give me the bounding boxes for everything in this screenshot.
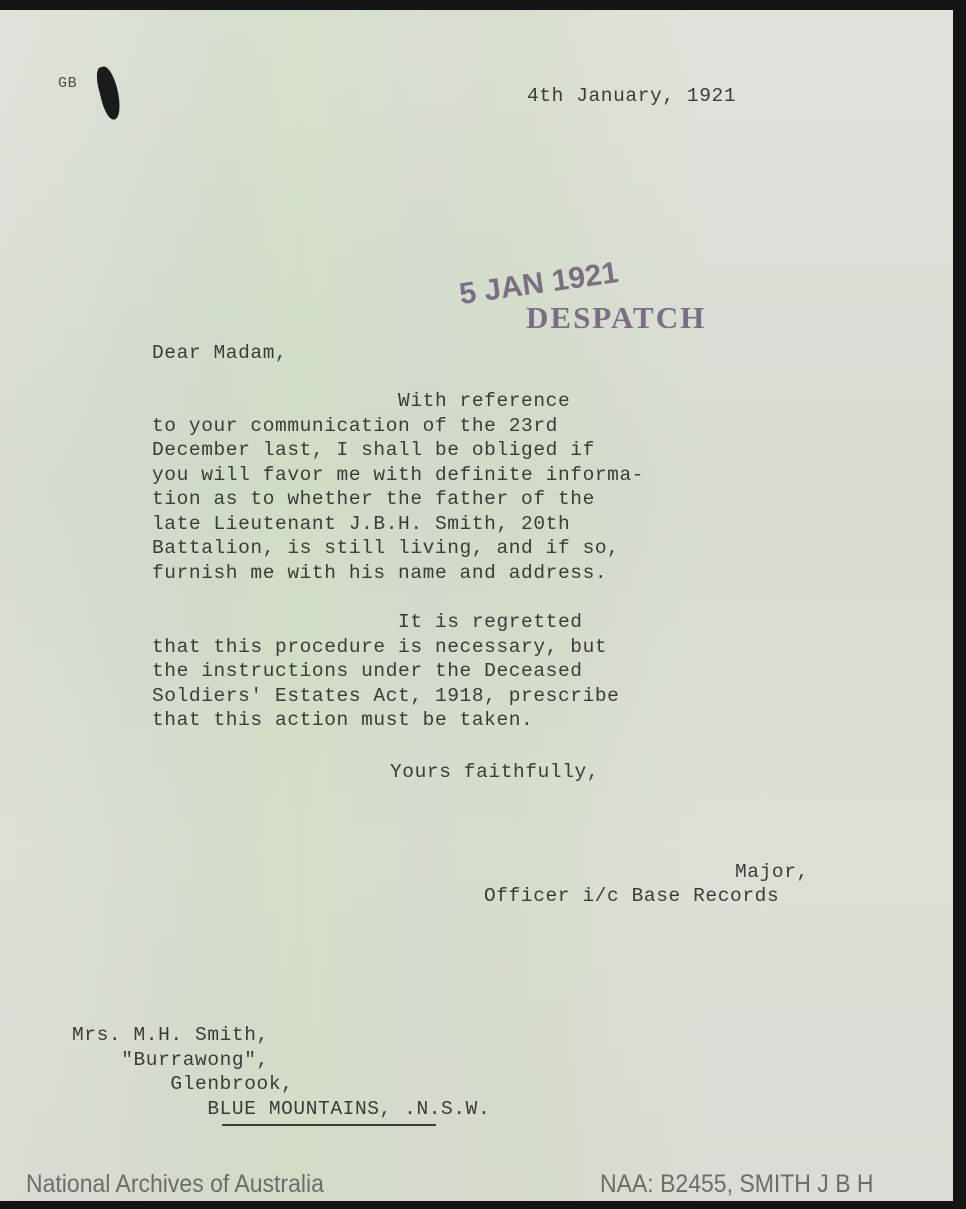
punch-hole [94, 65, 125, 122]
stamp-label: DESPATCH [526, 300, 706, 336]
body-paragraph-2: It is regretted that this procedure is n… [152, 610, 619, 733]
closing: Yours faithfully, [390, 760, 599, 785]
recipient-address: Mrs. M.H. Smith, "Burrawong", Glenbrook,… [72, 1023, 490, 1121]
salutation: Dear Madam, [152, 341, 287, 366]
reference-code: GB [58, 72, 77, 97]
body-paragraph-1: With reference to your communication of … [152, 389, 644, 585]
address-underline [222, 1124, 436, 1126]
letter-date: 4th January, 1921 [527, 84, 736, 109]
signature-office: Officer i/c Base Records [484, 884, 779, 909]
archive-name: National Archives of Australia [26, 1170, 324, 1199]
archive-citation: NAA: B2455, SMITH J B H [600, 1170, 874, 1199]
signature-rank: Major, [735, 860, 809, 885]
